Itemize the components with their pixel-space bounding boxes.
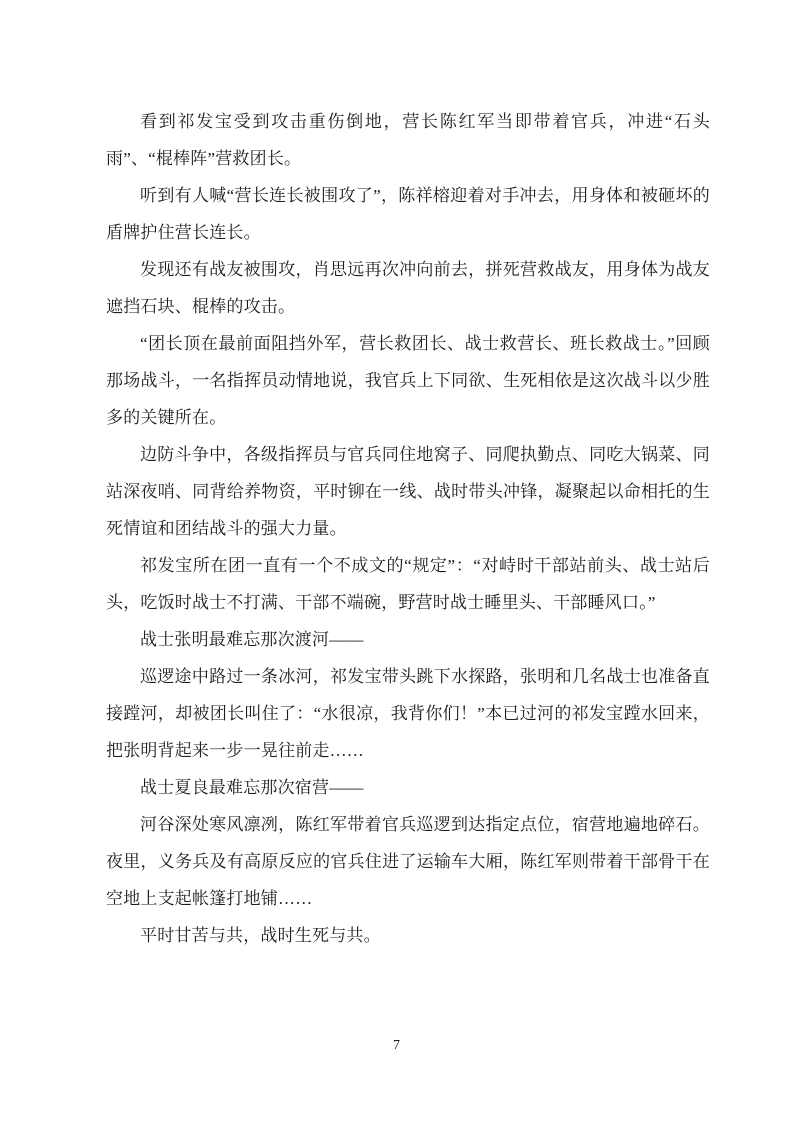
paragraph: 巡逻途中路过一条冰河，祁发宝带头跳下水探路，张明和几名战士也准备直接蹚河，却被团…: [106, 658, 710, 769]
paragraph: 看到祁发宝受到攻击重伤倒地，营长陈红军当即带着官兵，冲进“石头雨”、“棍棒阵”营…: [106, 103, 710, 177]
paragraph: 边防斗争中，各级指挥员与官兵同住地窝子、同爬执勤点、同吃大锅菜、同站深夜哨、同背…: [106, 436, 710, 547]
paragraph: 听到有人喊“营长连长被围攻了”，陈祥榕迎着对手冲去，用身体和被砸坏的盾牌护住营长…: [106, 177, 710, 251]
paragraph: 河谷深处寒风凛冽，陈红军带着官兵巡逻到达指定点位，宿营地遍地碎石。夜里，义务兵及…: [106, 806, 710, 917]
paragraph: 发现还有战友被围攻，肖思远再次冲向前去，拼死营救战友，用身体为战友遮挡石块、棍棒…: [106, 251, 710, 325]
paragraph: 战士夏良最难忘那次宿营——: [106, 769, 710, 806]
document-body: 看到祁发宝受到攻击重伤倒地，营长陈红军当即带着官兵，冲进“石头雨”、“棍棒阵”营…: [106, 103, 710, 954]
document-page: 看到祁发宝受到攻击重伤倒地，营长陈红军当即带着官兵，冲进“石头雨”、“棍棒阵”营…: [0, 0, 793, 1122]
page-number: 7: [393, 1038, 400, 1053]
paragraph: “团长顶在最前面阻挡外军，营长救团长、战士救营长、班长救战士。”回顾那场战斗，一…: [106, 325, 710, 436]
paragraph: 祁发宝所在团一直有一个不成文的“规定”：“对峙时干部站前头、战士站后头，吃饭时战…: [106, 547, 710, 621]
paragraph: 战士张明最难忘那次渡河——: [106, 621, 710, 658]
page-footer: 7: [0, 1036, 793, 1055]
paragraph: 平时甘苦与共，战时生死与共。: [106, 917, 710, 954]
